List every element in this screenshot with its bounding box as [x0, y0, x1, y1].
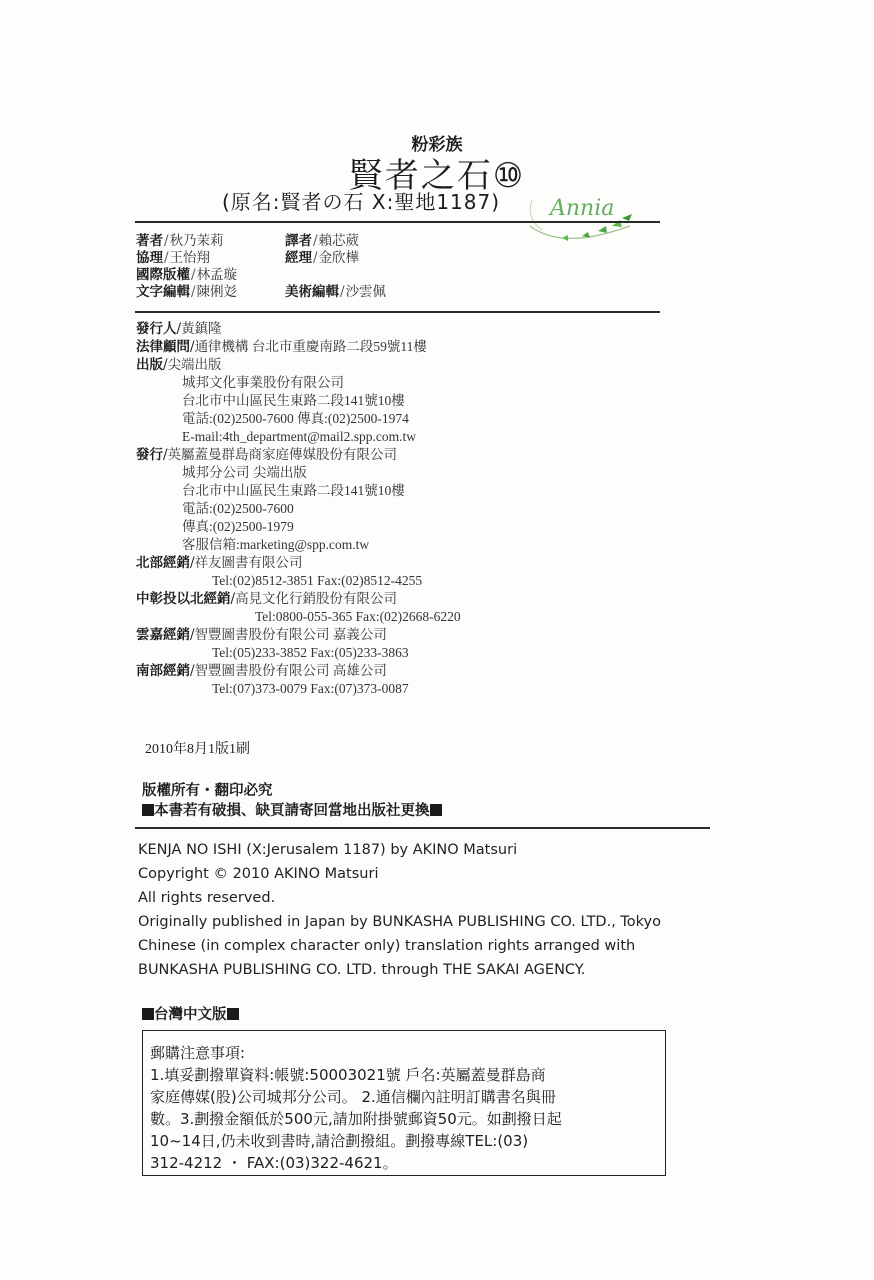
mail-order-line: 312-4212 ・ FAX:(03)322-4621。: [150, 1152, 398, 1173]
distribution-address: 台北市中山區民生東路二段141號10樓: [182, 482, 405, 500]
south-distributor-contact: Tel:(07)373-0079 Fax:(07)373-0087: [212, 680, 409, 698]
original-title: (原名:賢者の石 X:聖地1187): [222, 186, 500, 215]
credit-translator: 譯者/賴芯葳: [285, 233, 359, 249]
distribution-email: 客服信箱:marketing@spp.com.tw: [182, 536, 369, 554]
divider-middle: [135, 311, 660, 313]
annia-logo: Annia: [520, 186, 660, 246]
distribution-phone: 電話:(02)2500-7600: [182, 500, 294, 518]
divider-bottom: [135, 827, 710, 829]
mail-order-line: 數。3.劃撥金額低於500元,請加附掛號郵資50元。如劃撥日起: [150, 1108, 562, 1129]
yunjia-distributor-row: 雲嘉經銷/智豐圖書股份有限公司 嘉義公司: [136, 626, 387, 644]
north-distributor-row: 北部經銷/祥友圖書有限公司: [136, 554, 303, 572]
translation-rights-line: Chinese (in complex character only) tran…: [138, 938, 635, 954]
press-row: 出版/尖端出版: [136, 356, 222, 374]
logo-text: Annia: [550, 196, 614, 221]
credit-art-editor: 美術編輯/沙雲佩: [285, 284, 386, 300]
credit-associate-manager: 協理/王怡翔: [136, 250, 210, 266]
originally-published-line: Originally published in Japan by BUNKASH…: [138, 914, 661, 930]
copyright-line: Copyright © 2010 AKINO Matsuri: [138, 866, 378, 882]
south-distributor-row: 南部經銷/智豐圖書股份有限公司 高雄公司: [136, 662, 387, 680]
english-title-line: KENJA NO ISHI (X:Jerusalem 1187) by AKIN…: [138, 842, 517, 858]
mail-order-line: 家庭傳媒(股)公司城邦分公司。 2.通信欄內註明訂購書名與冊: [150, 1086, 556, 1107]
yunjia-distributor-contact: Tel:(05)233-3852 Fax:(05)233-3863: [212, 644, 409, 662]
credit-manager: 經理/金欣樺: [285, 250, 359, 266]
press-address: 台北市中山區民生東路二段141號10樓: [182, 392, 405, 410]
replacement-notice: 本書若有破損、缺頁請寄回當地出版社更換: [142, 799, 442, 820]
press-email: E-mail:4th_department@mail2.spp.com.tw: [182, 428, 416, 446]
mail-order-heading: 郵購注意事項:: [150, 1042, 245, 1063]
press-company: 城邦文化事業股份有限公司: [182, 374, 344, 392]
black-square-icon: [430, 804, 442, 816]
press-phone-fax: 電話:(02)2500-7600 傳真:(02)2500-1974: [182, 410, 409, 428]
distribution-branch: 城邦分公司 尖端出版: [182, 464, 307, 482]
black-square-icon: [227, 1008, 239, 1020]
publisher-row: 發行人/黃鎮隆: [136, 320, 222, 338]
credit-international-rights: 國際版權/林孟璇: [136, 267, 237, 283]
taiwan-edition-label: 台灣中文版: [142, 1003, 239, 1024]
distribution-row: 發行/英屬蓋曼群島商家庭傳媒股份有限公司: [136, 446, 397, 464]
central-distributor-contact: Tel:0800-055-365 Fax:(02)2668-6220: [255, 608, 461, 626]
credit-text-editor: 文字編輯/陳俐彣: [136, 284, 237, 300]
all-rights-line: All rights reserved.: [138, 890, 275, 906]
printing-edition: 2010年8月1版1刷: [145, 738, 250, 758]
central-distributor-row: 中彰投以北經銷/高見文化行銷股份有限公司: [136, 590, 397, 608]
mail-order-line: 1.填妥劃撥單資料:帳號:50003021號 戶名:英屬蓋曼群島商: [150, 1064, 546, 1085]
black-square-icon: [142, 1008, 154, 1020]
mail-order-line: 10~14日,仍未收到書時,請洽劃撥組。劃撥專線TEL:(03): [150, 1130, 528, 1151]
distribution-fax: 傳真:(02)2500-1979: [182, 518, 294, 536]
divider-top: [135, 221, 660, 223]
legal-counsel-row: 法律顧問/通律機構 台北市重慶南路二段59號11樓: [136, 338, 427, 356]
black-square-icon: [142, 804, 154, 816]
north-distributor-contact: Tel:(02)8512-3851 Fax:(02)8512-4255: [212, 572, 422, 590]
agency-line: BUNKASHA PUBLISHING CO. LTD. through THE…: [138, 962, 585, 978]
rights-reserved: 版權所有・翻印必究: [142, 779, 273, 800]
credit-author: 著者/秋乃茉莉: [136, 233, 224, 249]
